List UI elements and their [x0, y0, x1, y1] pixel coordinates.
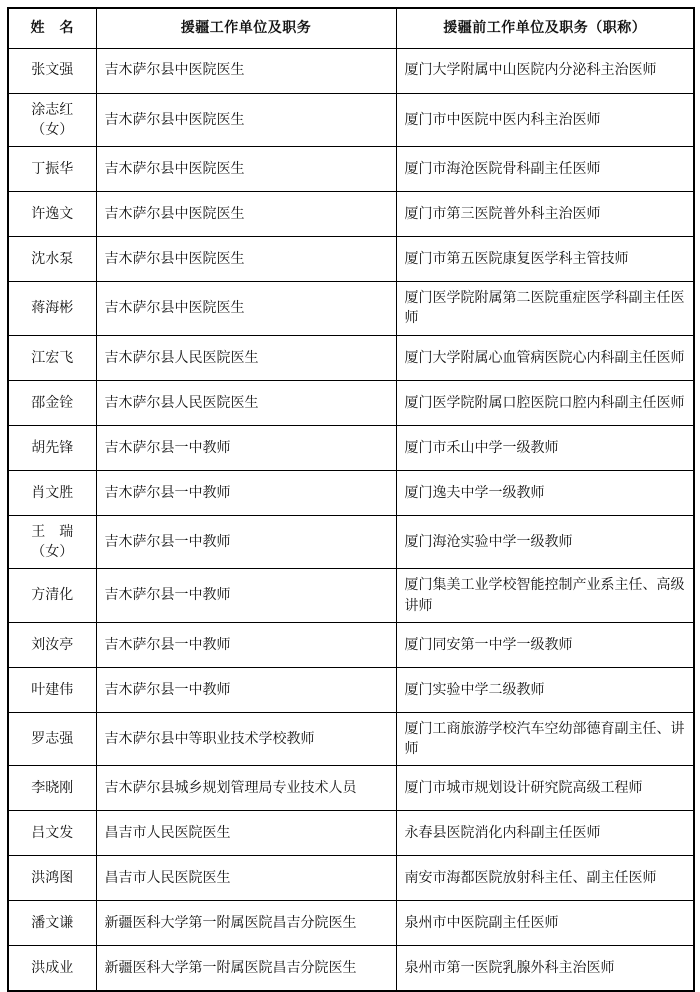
person-name: 沈水泵: [31, 251, 73, 267]
person-name: 涂志红: [31, 102, 73, 118]
name-cell: 潘文谦: [8, 901, 96, 946]
former-position-cell: 厦门海沧实验中学一级教师: [396, 515, 694, 569]
person-name: 王 瑞: [31, 524, 73, 540]
table-row: 沈水泵 吉木萨尔县中医院医生 厦门市第五医院康复医学科主管技师: [8, 237, 694, 282]
person-name: 洪鸿图: [31, 870, 73, 886]
name-cell: 许逸文: [8, 192, 96, 237]
table-row: 邵金铨 吉木萨尔县人民医院医生 厦门医学院附属口腔医院口腔内科副主任医师: [8, 380, 694, 425]
name-cell: 胡先锋: [8, 425, 96, 470]
current-position-cell: 吉木萨尔县中医院医生: [96, 237, 396, 282]
current-position-cell: 吉木萨尔县人民医院医生: [96, 380, 396, 425]
table-row: 胡先锋 吉木萨尔县一中教师 厦门市禾山中学一级教师: [8, 425, 694, 470]
table-row: 许逸文 吉木萨尔县中医院医生 厦门市第三医院普外科主治医师: [8, 192, 694, 237]
current-position-cell: 吉木萨尔县一中教师: [96, 470, 396, 515]
person-name: 罗志强: [31, 731, 73, 747]
name-cell: 蒋海彬: [8, 282, 96, 336]
table-body: 张文强 吉木萨尔县中医院医生 厦门大学附属中山医院内分泌科主治医师 涂志红 （女…: [8, 48, 694, 991]
table-row: 洪成业 新疆医科大学第一附属医院昌吉分院医生 泉州市第一医院乳腺外科主治医师: [8, 946, 694, 991]
person-name: 许逸文: [31, 206, 73, 222]
current-position-cell: 吉木萨尔县中等职业技术学校教师: [96, 712, 396, 766]
person-name: 江宏飞: [31, 350, 73, 366]
header-cell-name: 姓 名: [8, 8, 96, 48]
former-position-cell: 厦门实验中学二级教师: [396, 667, 694, 712]
name-cell: 王 瑞 （女）: [8, 515, 96, 569]
header-row: 姓 名 援疆工作单位及职务 援疆前工作单位及职务（职称）: [8, 8, 694, 48]
table-row: 方清化 吉木萨尔县一中教师 厦门集美工业学校智能控制产业系主任、高级讲师: [8, 569, 694, 623]
document-page: 姓 名 援疆工作单位及职务 援疆前工作单位及职务（职称） 张文强 吉木萨尔县中医…: [0, 0, 700, 948]
name-cell: 洪成业: [8, 946, 96, 991]
person-name: 蒋海彬: [31, 300, 73, 316]
former-position-cell: 泉州市中医院副主任医师: [396, 901, 694, 946]
person-name: 肖文胜: [31, 485, 73, 501]
table-row: 潘文谦 新疆医科大学第一附属医院昌吉分院医生 泉州市中医院副主任医师: [8, 901, 694, 946]
gender-note: （女）: [17, 542, 88, 562]
name-cell: 涂志红 （女）: [8, 93, 96, 147]
name-cell: 方清化: [8, 569, 96, 623]
former-position-cell: 厦门市城市规划设计研究院高级工程师: [396, 766, 694, 811]
former-position-cell: 南安市海都医院放射科主任、副主任医师: [396, 856, 694, 901]
current-position-cell: 吉木萨尔县城乡规划管理局专业技术人员: [96, 766, 396, 811]
person-name: 李晓刚: [31, 780, 73, 796]
current-position-cell: 吉木萨尔县一中教师: [96, 425, 396, 470]
current-position-cell: 吉木萨尔县中医院医生: [96, 147, 396, 192]
former-position-cell: 泉州市第一医院乳腺外科主治医师: [396, 946, 694, 991]
current-position-cell: 吉木萨尔县人民医院医生: [96, 335, 396, 380]
table-row: 罗志强 吉木萨尔县中等职业技术学校教师 厦门工商旅游学校汽车空幼部德育副主任、讲…: [8, 712, 694, 766]
person-name: 丁振华: [31, 161, 73, 177]
former-position-cell: 厦门市第五医院康复医学科主管技师: [396, 237, 694, 282]
name-cell: 张文强: [8, 48, 96, 93]
name-cell: 刘汝亭: [8, 622, 96, 667]
person-name: 方清化: [31, 587, 73, 603]
table-row: 洪鸿图 昌吉市人民医院医生 南安市海都医院放射科主任、副主任医师: [8, 856, 694, 901]
person-name: 张文强: [31, 62, 73, 78]
person-name: 潘文谦: [31, 915, 73, 931]
table-row: 涂志红 （女） 吉木萨尔县中医院医生 厦门市中医院中医内科主治医师: [8, 93, 694, 147]
name-cell: 李晓刚: [8, 766, 96, 811]
current-position-cell: 吉木萨尔县一中教师: [96, 569, 396, 623]
current-position-cell: 吉木萨尔县中医院医生: [96, 282, 396, 336]
former-position-cell: 厦门同安第一中学一级教师: [396, 622, 694, 667]
table-row: 丁振华 吉木萨尔县中医院医生 厦门市海沧医院骨科副主任医师: [8, 147, 694, 192]
person-name: 邵金铨: [31, 395, 73, 411]
former-position-cell: 永春县医院消化内科副主任医师: [396, 811, 694, 856]
table-row: 李晓刚 吉木萨尔县城乡规划管理局专业技术人员 厦门市城市规划设计研究院高级工程师: [8, 766, 694, 811]
former-position-cell: 厦门集美工业学校智能控制产业系主任、高级讲师: [396, 569, 694, 623]
current-position-cell: 新疆医科大学第一附属医院昌吉分院医生: [96, 946, 396, 991]
name-cell: 邵金铨: [8, 380, 96, 425]
former-position-cell: 厦门大学附属中山医院内分泌科主治医师: [396, 48, 694, 93]
name-cell: 沈水泵: [8, 237, 96, 282]
current-position-cell: 吉木萨尔县一中教师: [96, 515, 396, 569]
former-position-cell: 厦门市海沧医院骨科副主任医师: [396, 147, 694, 192]
person-name: 胡先锋: [31, 440, 73, 456]
person-name: 刘汝亭: [31, 637, 73, 653]
former-position-cell: 厦门市第三医院普外科主治医师: [396, 192, 694, 237]
table-header: 姓 名 援疆工作单位及职务 援疆前工作单位及职务（职称）: [8, 8, 694, 48]
former-position-cell: 厦门市中医院中医内科主治医师: [396, 93, 694, 147]
table-row: 叶建伟 吉木萨尔县一中教师 厦门实验中学二级教师: [8, 667, 694, 712]
person-name: 吕文发: [31, 825, 73, 841]
former-position-cell: 厦门医学院附属口腔医院口腔内科副主任医师: [396, 380, 694, 425]
name-cell: 吕文发: [8, 811, 96, 856]
current-position-cell: 吉木萨尔县中医院医生: [96, 93, 396, 147]
table-row: 吕文发 昌吉市人民医院医生 永春县医院消化内科副主任医师: [8, 811, 694, 856]
current-position-cell: 吉木萨尔县一中教师: [96, 622, 396, 667]
current-position-cell: 吉木萨尔县一中教师: [96, 667, 396, 712]
current-position-cell: 吉木萨尔县中医院医生: [96, 48, 396, 93]
name-cell: 叶建伟: [8, 667, 96, 712]
table-row: 王 瑞 （女） 吉木萨尔县一中教师 厦门海沧实验中学一级教师: [8, 515, 694, 569]
former-position-cell: 厦门市禾山中学一级教师: [396, 425, 694, 470]
current-position-cell: 昌吉市人民医院医生: [96, 811, 396, 856]
name-cell: 肖文胜: [8, 470, 96, 515]
current-position-cell: 新疆医科大学第一附属医院昌吉分院医生: [96, 901, 396, 946]
table-row: 肖文胜 吉木萨尔县一中教师 厦门逸夫中学一级教师: [8, 470, 694, 515]
name-cell: 丁振华: [8, 147, 96, 192]
former-position-cell: 厦门工商旅游学校汽车空幼部德育副主任、讲师: [396, 712, 694, 766]
roster-table: 姓 名 援疆工作单位及职务 援疆前工作单位及职务（职称） 张文强 吉木萨尔县中医…: [7, 7, 695, 992]
former-position-cell: 厦门大学附属心血管病医院心内科副主任医师: [396, 335, 694, 380]
table-row: 蒋海彬 吉木萨尔县中医院医生 厦门医学院附属第二医院重症医学科副主任医师: [8, 282, 694, 336]
current-position-cell: 吉木萨尔县中医院医生: [96, 192, 396, 237]
header-cell-current-position: 援疆工作单位及职务: [96, 8, 396, 48]
person-name: 叶建伟: [31, 682, 73, 698]
former-position-cell: 厦门医学院附属第二医院重症医学科副主任医师: [396, 282, 694, 336]
gender-note: （女）: [17, 120, 88, 140]
name-cell: 江宏飞: [8, 335, 96, 380]
table-row: 张文强 吉木萨尔县中医院医生 厦门大学附属中山医院内分泌科主治医师: [8, 48, 694, 93]
former-position-cell: 厦门逸夫中学一级教师: [396, 470, 694, 515]
name-cell: 罗志强: [8, 712, 96, 766]
table-row: 江宏飞 吉木萨尔县人民医院医生 厦门大学附属心血管病医院心内科副主任医师: [8, 335, 694, 380]
current-position-cell: 昌吉市人民医院医生: [96, 856, 396, 901]
table-row: 刘汝亭 吉木萨尔县一中教师 厦门同安第一中学一级教师: [8, 622, 694, 667]
header-cell-former-position: 援疆前工作单位及职务（职称）: [396, 8, 694, 48]
person-name: 洪成业: [31, 960, 73, 976]
name-cell: 洪鸿图: [8, 856, 96, 901]
